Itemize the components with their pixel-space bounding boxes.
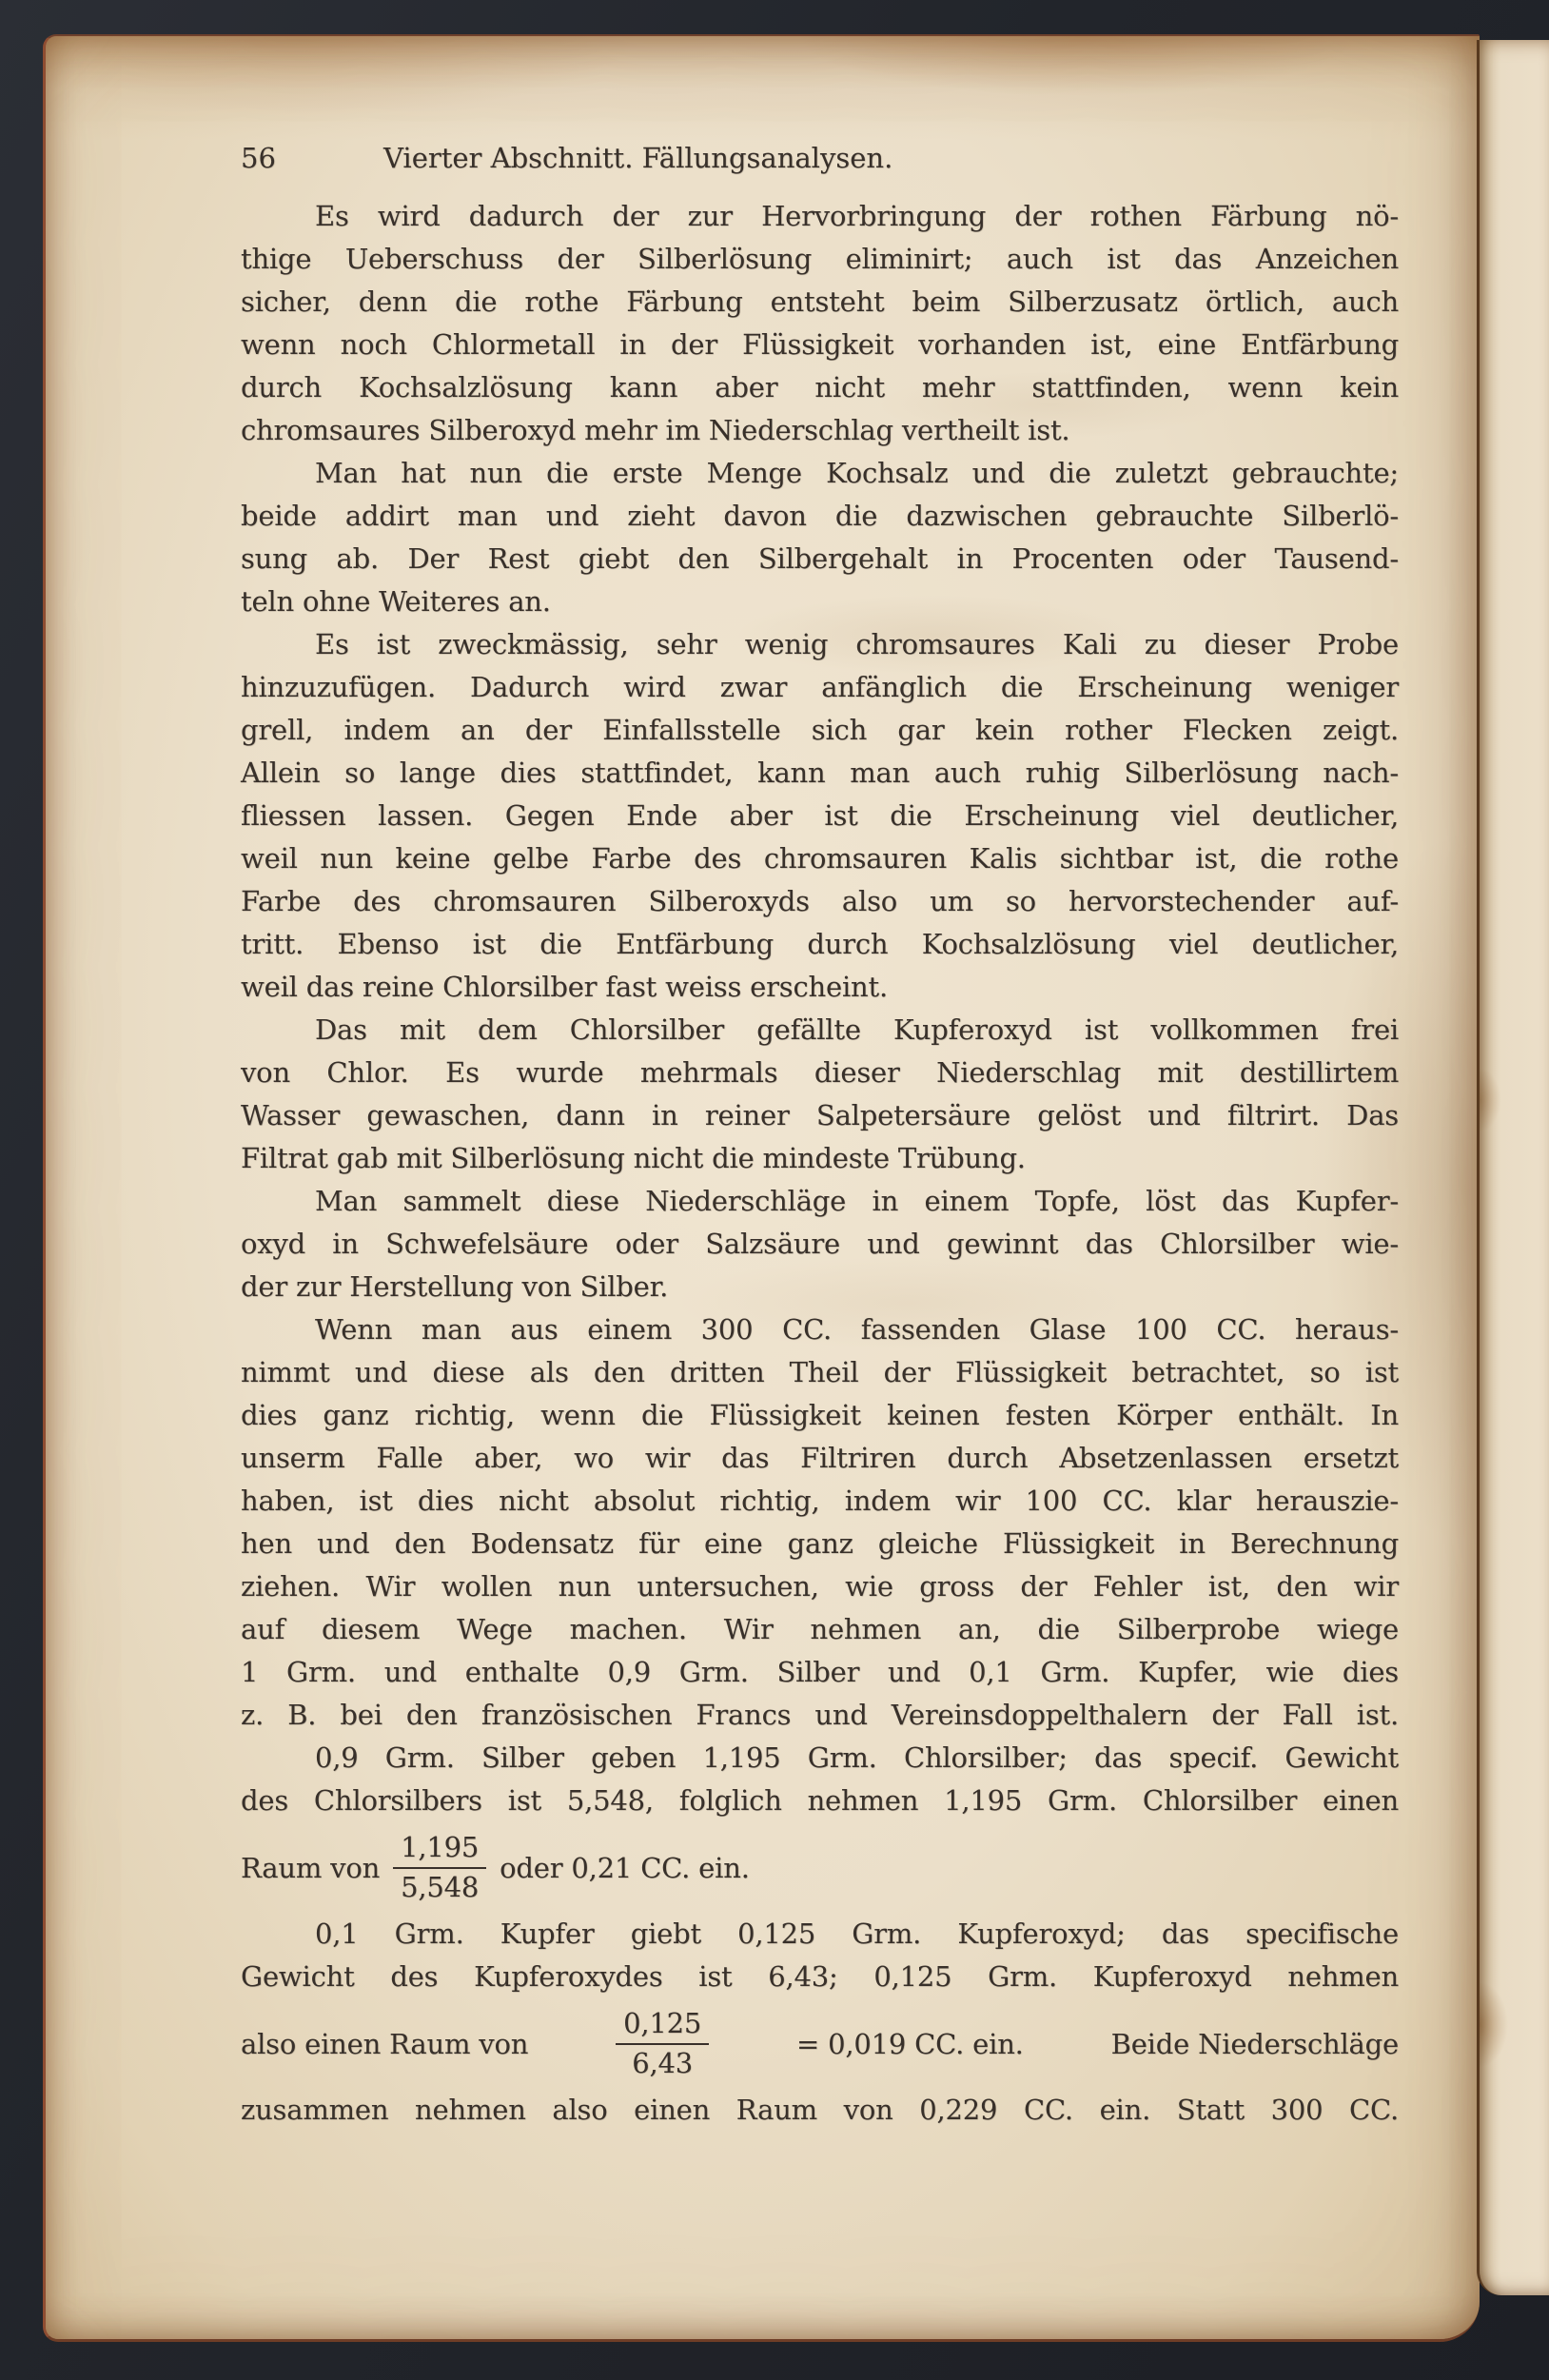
formula-line-chlorsilber: Raum von 1,195 5,548 oder 0,21 CC. ein. <box>241 1822 1399 1913</box>
text-line: thige Ueberschuss der Silberlösung elimi… <box>241 238 1399 281</box>
text-line: Es ist zweckmässig, sehr wenig chromsaur… <box>241 623 1399 666</box>
paragraph-4: Das mit dem Chlorsilber gefällte Kupfero… <box>241 1009 1399 1180</box>
text-line: Filtrat gab mit Silberlösung nicht die m… <box>241 1137 1399 1180</box>
formula-suffix: oder 0,21 CC. ein. <box>500 1852 750 1884</box>
text-line: des Chlorsilbers ist 5,548, folglich neh… <box>241 1780 1399 1822</box>
text-line: Man sammelt diese Niederschläge in einem… <box>241 1180 1399 1223</box>
text-line: der zur Herstellung von Silber. <box>241 1266 1399 1308</box>
fraction: 1,195 5,548 <box>393 1832 486 1903</box>
text-line: auf diesem Wege machen. Wir nehmen an, d… <box>241 1608 1399 1651</box>
paragraph-3: Es ist zweckmässig, sehr wenig chromsaur… <box>241 623 1399 1009</box>
paragraph-7: 0,9 Grm. Silber geben 1,195 Grm. Chlorsi… <box>241 1737 1399 1822</box>
formula-line-kupferoxyd: also einen Raum von 0,125 6,43 = 0,019 C… <box>241 1998 1399 2089</box>
paragraph-5: Man sammelt diese Niederschläge in einem… <box>241 1180 1399 1308</box>
fraction-numerator: 0,125 <box>616 2008 709 2044</box>
fraction-denominator: 5,548 <box>401 1869 479 1903</box>
text-line: Wasser gewaschen, dann in reiner Salpete… <box>241 1094 1399 1137</box>
text-line: grell, indem an der Einfallsstelle sich … <box>241 709 1399 752</box>
formula-suffix: Beide Niederschläge <box>1111 2028 1399 2060</box>
text-line: Allein so lange dies stattfindet, kann m… <box>241 752 1399 795</box>
text-line: ziehen. Wir wollen nun untersuchen, wie … <box>241 1565 1399 1608</box>
next-page-edge <box>1477 40 1549 2295</box>
text-line: hinzuzufügen. Dadurch wird zwar anfängli… <box>241 666 1399 709</box>
running-title: Vierter Abschnitt. Fällungsanalysen. <box>383 139 892 177</box>
text-line: Farbe des chromsauren Silberoxyds also u… <box>241 880 1399 923</box>
text-line: Das mit dem Chlorsilber gefällte Kupfero… <box>241 1009 1399 1052</box>
text-line: fliessen lassen. Gegen Ende aber ist die… <box>241 795 1399 837</box>
text-line: sung ab. Der Rest giebt den Silbergehalt… <box>241 538 1399 580</box>
text-line: hen und den Bodensatz für eine ganz glei… <box>241 1523 1399 1565</box>
text-line: von Chlor. Es wurde mehrmals dieser Nied… <box>241 1052 1399 1094</box>
text-line: beide addirt man und zieht davon die daz… <box>241 495 1399 538</box>
text-line: z. B. bei den französischen Francs und V… <box>241 1694 1399 1737</box>
text-line: unserm Falle aber, wo wir das Filtriren … <box>241 1437 1399 1480</box>
paragraph-8: 0,1 Grm. Kupfer giebt 0,125 Grm. Kupfero… <box>241 1913 1399 1998</box>
text-line: tritt. Ebenso ist die Entfärbung durch K… <box>241 923 1399 966</box>
page-number: 56 <box>241 139 276 177</box>
text-line: oxyd in Schwefelsäure oder Salzsäure und… <box>241 1223 1399 1266</box>
text-line: 0,9 Grm. Silber geben 1,195 Grm. Chlorsi… <box>241 1737 1399 1780</box>
text-line: dies ganz richtig, wenn die Flüssigkeit … <box>241 1394 1399 1437</box>
paragraph-2: Man hat nun die erste Menge Kochsalz und… <box>241 452 1399 623</box>
text-line: chromsaures Silberoxyd mehr im Niedersch… <box>241 409 1399 452</box>
fraction-denominator: 6,43 <box>632 2045 693 2079</box>
text-line: Es wird dadurch der zur Hervorbringung d… <box>241 195 1399 238</box>
scanner-background: 56 Vierter Abschnitt. Fällungsanalysen. … <box>0 0 1549 2380</box>
running-head: 56 Vierter Abschnitt. Fällungsanalysen. <box>241 139 1399 177</box>
text-line: Gewicht des Kupferoxydes ist 6,43; 0,125… <box>241 1956 1399 1998</box>
text-line: weil nun keine gelbe Farbe des chromsaur… <box>241 837 1399 880</box>
text-line: durch Kochsalzlösung kann aber nicht meh… <box>241 366 1399 409</box>
text-line: zusammen nehmen also einen Raum von 0,22… <box>241 2089 1399 2132</box>
text-line: weil das reine Chlorsilber fast weiss er… <box>241 966 1399 1009</box>
text-line: teln ohne Weiteres an. <box>241 580 1399 623</box>
text-line: 0,1 Grm. Kupfer giebt 0,125 Grm. Kupfero… <box>241 1913 1399 1956</box>
formula-result: = 0,019 CC. ein. <box>796 2028 1024 2060</box>
text-line: wenn noch Chlormetall in der Flüssigkeit… <box>241 324 1399 366</box>
text-line: nimmt und diese als den dritten Theil de… <box>241 1351 1399 1394</box>
paragraph-6: Wenn man aus einem 300 CC. fassenden Gla… <box>241 1308 1399 1737</box>
fraction: 0,125 6,43 <box>616 2008 709 2079</box>
text-line: sicher, denn die rothe Färbung entsteht … <box>241 281 1399 324</box>
text-line: Wenn man aus einem 300 CC. fassenden Gla… <box>241 1308 1399 1351</box>
text-line: haben, ist dies nicht absolut richtig, i… <box>241 1480 1399 1523</box>
formula-prefix: Raum von <box>241 1852 380 1884</box>
text-block: Es wird dadurch der zur Hervorbringung d… <box>241 195 1399 2132</box>
text-line: Man hat nun die erste Menge Kochsalz und… <box>241 452 1399 495</box>
text-line: 1 Grm. und enthalte 0,9 Grm. Silber und … <box>241 1651 1399 1694</box>
paragraph-8-end: zusammen nehmen also einen Raum von 0,22… <box>241 2089 1399 2132</box>
fraction-numerator: 1,195 <box>393 1832 486 1868</box>
paragraph-1: Es wird dadurch der zur Hervorbringung d… <box>241 195 1399 452</box>
formula-prefix: also einen Raum von <box>241 2028 528 2060</box>
book-page: 56 Vierter Abschnitt. Fällungsanalysen. … <box>43 34 1480 2342</box>
